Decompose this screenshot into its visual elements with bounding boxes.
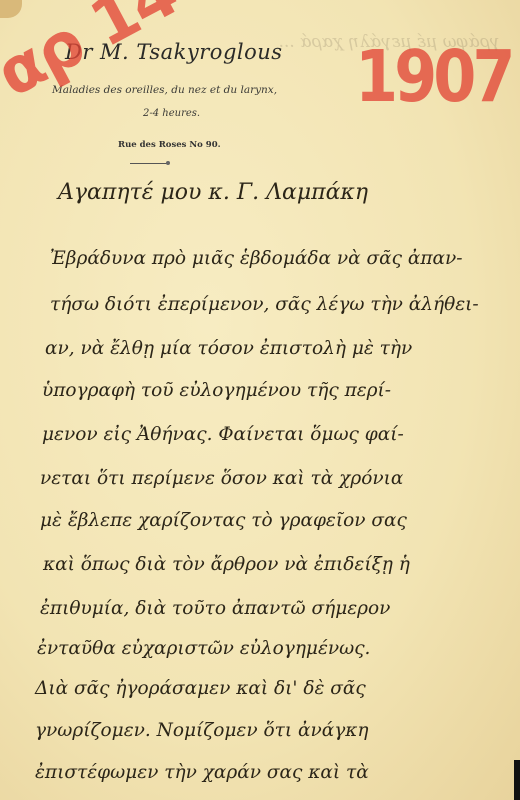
- torn-corner: [0, 0, 22, 18]
- letter-line: ἐνταῦθα εὐχαριστῶν εὐλογημένως.: [37, 638, 370, 659]
- letter-line: καὶ ὅπως διὰ τὸν ἄρθρον νὰ ἐπιδείξῃ ἡ: [43, 554, 410, 575]
- letter-line: ὑπογραφὴ τοῦ εὐλογημένου τῆς περί-: [42, 380, 391, 401]
- letter-line: ἐπιστέφωμεν τὴν χαράν σας καὶ τὰ: [35, 762, 369, 783]
- letter-line: μενον εἰς Ἀθήνας. Φαίνεται ὅμως φαί-: [42, 424, 404, 445]
- letter-line: τήσω διότι ἐπερίμενον, σᾶς λέγω τὴν ἀλήθ…: [50, 294, 479, 315]
- letter-line: μὲ ἔβλεπε χαρίζοντας τὸ γραφεῖον σας: [40, 510, 407, 531]
- decorative-rule: [130, 163, 168, 164]
- letter-line: γνωρίζομεν. Νομίζομεν ὅτι ἀνάγκη: [35, 720, 369, 741]
- letter-line: Ἐβράδυνα πρὸ μιᾶς ἑβδομάδα νὰ σᾶς ἀπαν-: [50, 248, 462, 269]
- letter-line: αν, νὰ ἔλθῃ μία τόσον ἐπιστολὴ μὲ τὴν: [45, 338, 412, 359]
- letterhead-address: Rue des Roses No 90.: [118, 140, 221, 150]
- letter-page: γράφω μέ μεγάλη χαρά ... Dr M. Tsakyrogl…: [0, 0, 520, 800]
- salutation: Αγαπητέ μου κ. Γ. Λαμπάκη: [58, 180, 368, 205]
- letter-line: νεται ὅτι περίμενε ὅσον καὶ τὰ χρόνια: [40, 468, 403, 489]
- letter-line: Διὰ σᾶς ἠγοράσαμεν καὶ δι' δὲ σᾶς: [35, 678, 366, 699]
- red-pencil-year: 1907: [355, 35, 512, 119]
- decorative-dot: [166, 161, 170, 165]
- letterhead-specialty: Maladies des oreilles, du nez et du lary…: [52, 84, 277, 96]
- letter-line: ἐπιθυμία, διὰ τοῦτο ἀπαντῶ σήμερον: [40, 598, 390, 619]
- scan-edge: [514, 760, 520, 800]
- letterhead-hours: 2-4 heures.: [143, 108, 200, 119]
